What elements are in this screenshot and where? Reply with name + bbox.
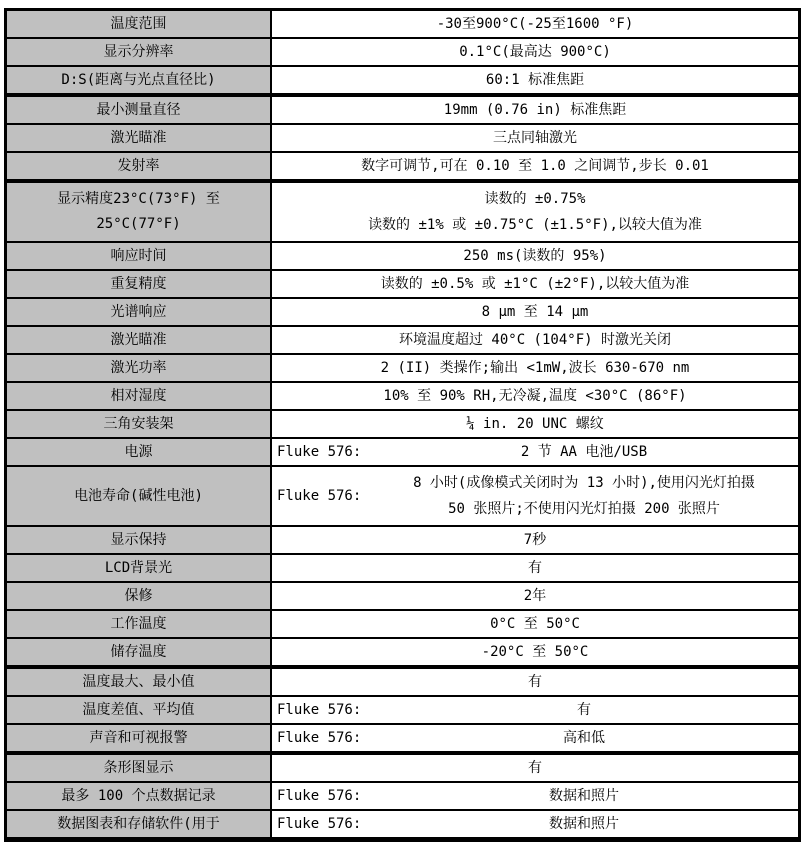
table-row: 保修2年 [7, 583, 798, 611]
spec-value: 数据和照片 [375, 784, 793, 808]
spec-value-cell: ¼ in. 20 UNC 螺纹 [272, 411, 798, 437]
table-row: 电源Fluke 576:2 节 AA 电池/USB [7, 439, 798, 467]
spec-name: 保修 [125, 584, 153, 608]
spec-value-cell: 250 ms(读数的 95%) [272, 243, 798, 269]
spec-name: 最小测量直径 [97, 98, 181, 122]
spec-name-cell: 声音和可视报警 [7, 725, 272, 751]
spec-value: 2年 [277, 584, 793, 608]
spec-value: 有 [277, 556, 793, 580]
spec-value: 2 节 AA 电池/USB [375, 440, 793, 464]
table-row: 储存温度-20°C 至 50°C [7, 639, 798, 669]
spec-value-cell: Fluke 576:高和低 [272, 725, 798, 751]
spec-value: ¼ in. 20 UNC 螺纹 [277, 412, 793, 436]
spec-name-cell: 显示精度23°C(73°F) 至25°C(77°F) [7, 183, 272, 241]
spec-value: 环境温度超过 40°C (104°F) 时激光关闭 [277, 328, 793, 352]
spec-name-cell: D:S(距离与光点直径比) [7, 67, 272, 93]
spec-value: 有 [277, 670, 793, 694]
spec-value: 0.1°C(最高达 900°C) [277, 40, 793, 64]
spec-name: 声音和可视报警 [90, 726, 188, 750]
spec-value-cell: 19mm (0.76 in) 标准焦距 [272, 97, 798, 123]
spec-name: 数据图表和存储软件(用于 [57, 812, 219, 836]
table-row: 显示分辨率0.1°C(最高达 900°C) [7, 39, 798, 67]
spec-value: 读数的 ±0.75%读数的 ±1% 或 ±0.75°C (±1.5°F),以较大… [277, 186, 793, 238]
table-row: 显示精度23°C(73°F) 至25°C(77°F)读数的 ±0.75%读数的 … [7, 183, 798, 243]
spec-value: 7秒 [277, 528, 793, 552]
spec-value-cell: 数字可调节,可在 0.10 至 1.0 之间调节,步长 0.01 [272, 153, 798, 179]
spec-value: 250 ms(读数的 95%) [277, 244, 793, 268]
spec-value-line: 读数的 ±0.75% [277, 186, 793, 212]
spec-name: 电池寿命(碱性电池) [74, 484, 203, 508]
table-row: 声音和可视报警Fluke 576:高和低 [7, 725, 798, 755]
spec-name-cell: 激光功率 [7, 355, 272, 381]
spec-value: -20°C 至 50°C [277, 640, 793, 664]
spec-name: 工作温度 [111, 612, 167, 636]
table-row: 相对湿度10% 至 90% RH,无冷凝,温度 <30°C (86°F) [7, 383, 798, 411]
model-label: Fluke 576: [277, 484, 375, 508]
spec-name: 光谱响应 [111, 300, 167, 324]
spec-value-cell: 2 (II) 类操作;输出 <1mW,波长 630-670 nm [272, 355, 798, 381]
table-row: 数据图表和存储软件(用于Fluke 576:数据和照片 [7, 811, 798, 837]
spec-value-cell: 三点同轴激光 [272, 125, 798, 151]
spec-name-cell: 最多 100 个点数据记录 [7, 783, 272, 809]
spec-name-line: 显示精度23°C(73°F) 至 [57, 187, 220, 212]
spec-value: 2 (II) 类操作;输出 <1mW,波长 630-670 nm [277, 356, 793, 380]
spec-name-cell: 显示保持 [7, 527, 272, 553]
table-row: 工作温度0°C 至 50°C [7, 611, 798, 639]
spec-value-cell: 有 [272, 755, 798, 781]
spec-name-cell: 温度范围 [7, 11, 272, 37]
spec-value: 高和低 [375, 726, 793, 750]
spec-name: 条形图显示 [104, 756, 174, 780]
spec-name: 电源 [125, 440, 153, 464]
spec-name: 最多 100 个点数据记录 [61, 784, 215, 808]
spec-name: 激光瞄准 [111, 126, 167, 150]
spec-value: 有 [375, 698, 793, 722]
spec-name-cell: LCD背景光 [7, 555, 272, 581]
spec-name-cell: 储存温度 [7, 639, 272, 665]
spec-name-cell: 显示分辨率 [7, 39, 272, 65]
spec-name: 显示保持 [111, 528, 167, 552]
model-label: Fluke 576: [277, 784, 375, 808]
spec-name-cell: 三角安装架 [7, 411, 272, 437]
table-row: D:S(距离与光点直径比)60:1 标准焦距 [7, 67, 798, 97]
spec-name-cell: 温度最大、最小值 [7, 669, 272, 695]
spec-name-cell: 光谱响应 [7, 299, 272, 325]
spec-value-cell: 读数的 ±0.5% 或 ±1°C (±2°F),以较大值为准 [272, 271, 798, 297]
spec-value: 数字可调节,可在 0.10 至 1.0 之间调节,步长 0.01 [277, 154, 793, 178]
table-row: 温度最大、最小值有 [7, 669, 798, 697]
table-row: 响应时间250 ms(读数的 95%) [7, 243, 798, 271]
model-label: Fluke 576: [277, 812, 375, 836]
table-row: 条形图显示有 [7, 755, 798, 783]
spec-name: 响应时间 [111, 244, 167, 268]
spec-name-cell: 电源 [7, 439, 272, 465]
spec-value: 三点同轴激光 [277, 126, 793, 150]
table-row: 显示保持7秒 [7, 527, 798, 555]
spec-name: 发射率 [118, 154, 160, 178]
spec-name-cell: 条形图显示 [7, 755, 272, 781]
spec-value-cell: Fluke 576:数据和照片 [272, 811, 798, 837]
spec-name: 显示分辨率 [104, 40, 174, 64]
spec-name: 相对湿度 [111, 384, 167, 408]
spec-value-cell: Fluke 576:8 小时(成像模式关闭时为 13 小时),使用闪光灯拍摄50… [272, 467, 798, 525]
table-row: 最多 100 个点数据记录Fluke 576:数据和照片 [7, 783, 798, 811]
spec-name-cell: 相对湿度 [7, 383, 272, 409]
spec-value-line: 8 小时(成像模式关闭时为 13 小时),使用闪光灯拍摄 [375, 470, 793, 496]
model-label: Fluke 576: [277, 698, 375, 722]
spec-name: 温度范围 [111, 12, 167, 36]
spec-value: 有 [277, 756, 793, 780]
spec-name-cell: 发射率 [7, 153, 272, 179]
spec-name: 温度最大、最小值 [83, 670, 195, 694]
spec-name-cell: 重复精度 [7, 271, 272, 297]
spec-value-line: 50 张照片;不使用闪光灯拍摄 200 张照片 [375, 496, 793, 522]
spec-name-cell: 温度差值、平均值 [7, 697, 272, 723]
table-row: 电池寿命(碱性电池)Fluke 576:8 小时(成像模式关闭时为 13 小时)… [7, 467, 798, 527]
spec-value-cell: 8 μm 至 14 μm [272, 299, 798, 325]
spec-value-cell: 0°C 至 50°C [272, 611, 798, 637]
spec-value-cell: 读数的 ±0.75%读数的 ±1% 或 ±0.75°C (±1.5°F),以较大… [272, 183, 798, 241]
spec-value-cell: 有 [272, 669, 798, 695]
table-row: LCD背景光有 [7, 555, 798, 583]
spec-value-cell: -20°C 至 50°C [272, 639, 798, 665]
spec-value: 读数的 ±0.5% 或 ±1°C (±2°F),以较大值为准 [277, 272, 793, 296]
spec-value-cell: Fluke 576:数据和照片 [272, 783, 798, 809]
spec-name-line: 25°C(77°F) [96, 212, 180, 237]
spec-name: 重复精度 [111, 272, 167, 296]
spec-value-cell: 7秒 [272, 527, 798, 553]
spec-table: 温度范围-30至900°C(-25至1600 °F)显示分辨率0.1°C(最高达… [4, 8, 801, 842]
spec-value-cell: 10% 至 90% RH,无冷凝,温度 <30°C (86°F) [272, 383, 798, 409]
spec-value: 8 小时(成像模式关闭时为 13 小时),使用闪光灯拍摄50 张照片;不使用闪光… [375, 470, 793, 522]
spec-value-cell: 环境温度超过 40°C (104°F) 时激光关闭 [272, 327, 798, 353]
table-row: 温度差值、平均值Fluke 576:有 [7, 697, 798, 725]
spec-value-cell: 有 [272, 555, 798, 581]
spec-name-cell: 激光瞄准 [7, 327, 272, 353]
table-row: 激光瞄准三点同轴激光 [7, 125, 798, 153]
spec-name-cell: 工作温度 [7, 611, 272, 637]
table-row: 光谱响应8 μm 至 14 μm [7, 299, 798, 327]
spec-value: 10% 至 90% RH,无冷凝,温度 <30°C (86°F) [277, 384, 793, 408]
model-label: Fluke 576: [277, 440, 375, 464]
spec-value: 19mm (0.76 in) 标准焦距 [277, 98, 793, 122]
spec-value-cell: 0.1°C(最高达 900°C) [272, 39, 798, 65]
spec-name: D:S(距离与光点直径比) [61, 68, 215, 92]
model-label: Fluke 576: [277, 726, 375, 750]
spec-value: 数据和照片 [375, 812, 793, 836]
spec-name-cell: 激光瞄准 [7, 125, 272, 151]
spec-name: 储存温度 [111, 640, 167, 664]
spec-value: 8 μm 至 14 μm [277, 300, 793, 324]
spec-name: LCD背景光 [105, 556, 172, 580]
spec-name: 激光瞄准 [111, 328, 167, 352]
spec-name-cell: 保修 [7, 583, 272, 609]
spec-name-cell: 最小测量直径 [7, 97, 272, 123]
table-row: 激光瞄准环境温度超过 40°C (104°F) 时激光关闭 [7, 327, 798, 355]
table-row: 三角安装架¼ in. 20 UNC 螺纹 [7, 411, 798, 439]
spec-value-cell: -30至900°C(-25至1600 °F) [272, 11, 798, 37]
table-row: 最小测量直径19mm (0.76 in) 标准焦距 [7, 97, 798, 125]
spec-name-cell: 响应时间 [7, 243, 272, 269]
table-row: 激光功率2 (II) 类操作;输出 <1mW,波长 630-670 nm [7, 355, 798, 383]
spec-value-cell: Fluke 576:2 节 AA 电池/USB [272, 439, 798, 465]
spec-value-cell: 2年 [272, 583, 798, 609]
spec-value: 0°C 至 50°C [277, 612, 793, 636]
table-row: 重复精度读数的 ±0.5% 或 ±1°C (±2°F),以较大值为准 [7, 271, 798, 299]
spec-name: 三角安装架 [104, 412, 174, 436]
spec-name-cell: 数据图表和存储软件(用于 [7, 811, 272, 837]
spec-value-line: 读数的 ±1% 或 ±0.75°C (±1.5°F),以较大值为准 [277, 212, 793, 238]
table-row: 温度范围-30至900°C(-25至1600 °F) [7, 11, 798, 39]
table-row: 发射率数字可调节,可在 0.10 至 1.0 之间调节,步长 0.01 [7, 153, 798, 183]
spec-value-cell: 60:1 标准焦距 [272, 67, 798, 93]
spec-value-cell: Fluke 576:有 [272, 697, 798, 723]
spec-name: 激光功率 [111, 356, 167, 380]
spec-name-cell: 电池寿命(碱性电池) [7, 467, 272, 525]
spec-value: -30至900°C(-25至1600 °F) [277, 12, 793, 36]
spec-value: 60:1 标准焦距 [277, 68, 793, 92]
spec-name: 温度差值、平均值 [83, 698, 195, 722]
